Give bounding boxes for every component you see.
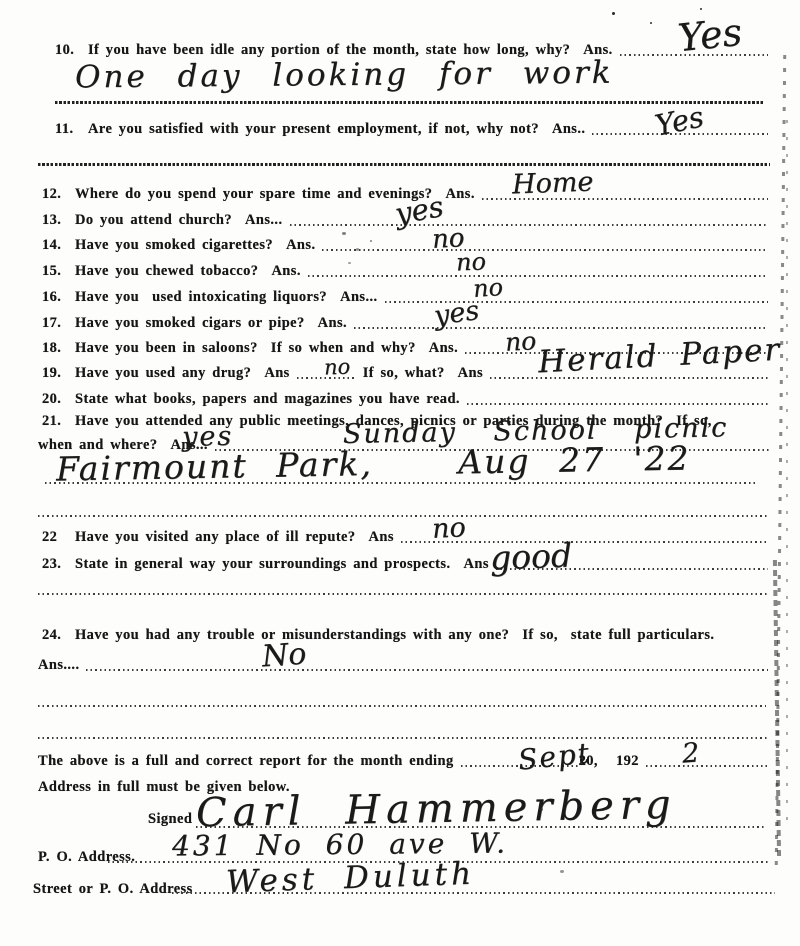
answer-label: Ans [458, 365, 483, 382]
question-number: 12. [42, 186, 75, 203]
handwritten-answer-q12: Home [512, 169, 594, 199]
dotted-leader [646, 765, 768, 767]
question-row-23: 23. State in general way your surroundin… [42, 556, 768, 573]
street-address-row: Street or P. O. Address [33, 881, 193, 898]
question-number: 23. [42, 556, 75, 573]
answer-label: Ans. [445, 186, 474, 203]
dotted-leader [308, 275, 768, 277]
handwritten-answer-q17: yes [432, 297, 480, 330]
signed-row: Signed [148, 811, 192, 828]
handwritten-answer-q22: no [431, 514, 466, 543]
question-text: Are you satisfied with your present empl… [88, 121, 539, 138]
handwritten-answer-q23: good [489, 539, 572, 575]
question-number: 20. [42, 391, 75, 408]
question-text: Have you smoked cigars or pipe? [75, 315, 305, 332]
question-extra-text: If so, what? [363, 365, 445, 382]
question-row-15: 15. Have you chewed tobacco? Ans. [42, 263, 768, 280]
scan-noise-strip [786, 120, 788, 820]
question-number: 13. [42, 212, 75, 229]
dotted-leader [467, 403, 768, 405]
answer-label: Ans [369, 529, 394, 546]
question-text: Have you used intoxicating liquors? [75, 289, 327, 306]
year-printed: 192 [616, 753, 639, 770]
street-address-label: Street or P. O. Address [33, 881, 193, 898]
question-text: Have you had any trouble or misunderstan… [75, 627, 714, 644]
dotted-leader [290, 224, 769, 226]
question-text: Have you smoked cigarettes? [75, 237, 273, 254]
question-number: 21. [42, 413, 75, 430]
question-text: Have you chewed tobacco? [75, 263, 258, 280]
ruled-dotted-line [38, 705, 766, 707]
answer-label: Ans... [245, 212, 282, 229]
ruled-dotted-line [38, 593, 768, 595]
handwritten-answer-q24: No [261, 639, 307, 672]
scan-speck [348, 262, 351, 264]
question-row-17: 17. Have you smoked cigars or pipe? Ans. [42, 315, 768, 332]
signed-label: Signed [148, 811, 192, 828]
question-row-20: 20. State what books, papers and magazin… [42, 391, 768, 408]
question-row-22: 22 Have you visited any place of ill rep… [42, 529, 768, 546]
question-text: Have you visited any place of ill repute… [75, 529, 356, 546]
question-number: 22 [42, 529, 75, 546]
question-row-16: 16. Have you used intoxicating liquors? … [42, 289, 768, 306]
answer-label: Ans [264, 365, 289, 382]
question-number: 16. [42, 289, 75, 306]
answer-label: Ans. [429, 340, 458, 357]
scan-speck [356, 248, 359, 251]
handwritten-answer-q10: Yes [676, 13, 743, 57]
question-number: 15. [42, 263, 75, 280]
question-number: 19. [42, 365, 75, 382]
ruled-dotted-line [38, 515, 768, 517]
question-text: Have you used any drug? [75, 365, 251, 382]
scan-speck [560, 870, 564, 873]
question-row-24: 24. Have you had any trouble or misunder… [42, 627, 772, 644]
scan-speck [540, 808, 543, 811]
handwritten-month: Sept [517, 739, 592, 774]
scan-speck [612, 12, 615, 15]
question-row-14: 14. Have you smoked cigarettes? Ans. [42, 237, 768, 254]
question-text: Do you attend church? [75, 212, 232, 229]
ruled-dotted-line [38, 737, 768, 739]
question-number: 24. [42, 627, 75, 644]
question-text: State in general way your surroundings a… [75, 556, 450, 573]
handwritten-street-address: West Duluth [226, 859, 476, 899]
answer-label: Ans.. [552, 121, 585, 138]
question-number: 10. [55, 42, 88, 59]
question-number: 18. [42, 340, 75, 357]
question-row-24-answer: Ans.... [38, 657, 768, 674]
handwritten-answer-q19: no [324, 357, 351, 379]
dotted-leader [490, 377, 768, 379]
ruled-dotted-line [38, 163, 770, 166]
handwritten-answer-q15: no [456, 249, 487, 274]
ruled-dotted-line [55, 101, 765, 104]
question-text: Where do you spend your spare time and e… [75, 186, 432, 203]
po-address-label: P. O. Address. [38, 849, 135, 866]
answer-label: Ans. [318, 315, 347, 332]
dotted-leader [86, 669, 768, 671]
answer-label: Ans... [340, 289, 377, 306]
question-text: Have you been in saloons? If so when and… [75, 340, 416, 357]
scan-speck [370, 240, 372, 242]
question-number: 11. [55, 121, 88, 138]
closing-text: The above is a full and correct report f… [38, 753, 454, 770]
scanned-parole-report-form: 10. If you have been idle any portion of… [0, 0, 800, 946]
scan-speck [342, 232, 346, 235]
handwritten-answer-q18: no [504, 328, 536, 355]
handwritten-year-digit: 2 [681, 739, 700, 767]
answer-label: Ans. [286, 237, 315, 254]
answer-label: Ans.... [38, 657, 79, 674]
handwritten-answer-q10-line2: One day looking for work [75, 58, 614, 94]
po-address-row: P. O. Address. [38, 849, 135, 866]
question-text: State what books, papers and magazines y… [75, 391, 460, 408]
ruled-dotted-line [45, 482, 758, 484]
answer-label: Ans. [271, 263, 300, 280]
question-number: 14. [42, 237, 75, 254]
scan-speck [700, 8, 702, 10]
handwritten-answer-q13: yes [393, 192, 446, 229]
dotted-leader [354, 327, 768, 329]
month-ending-row: The above is a full and correct report f… [38, 753, 768, 770]
scan-speck [650, 22, 652, 24]
question-number: 17. [42, 315, 75, 332]
answer-label: Ans [463, 556, 488, 573]
handwritten-signature: Carl Hammerberg [196, 785, 677, 833]
dotted-leader [322, 249, 768, 251]
handwritten-answer-q21-line2: Fairmount Park, Aug 27 '22 [56, 441, 691, 485]
